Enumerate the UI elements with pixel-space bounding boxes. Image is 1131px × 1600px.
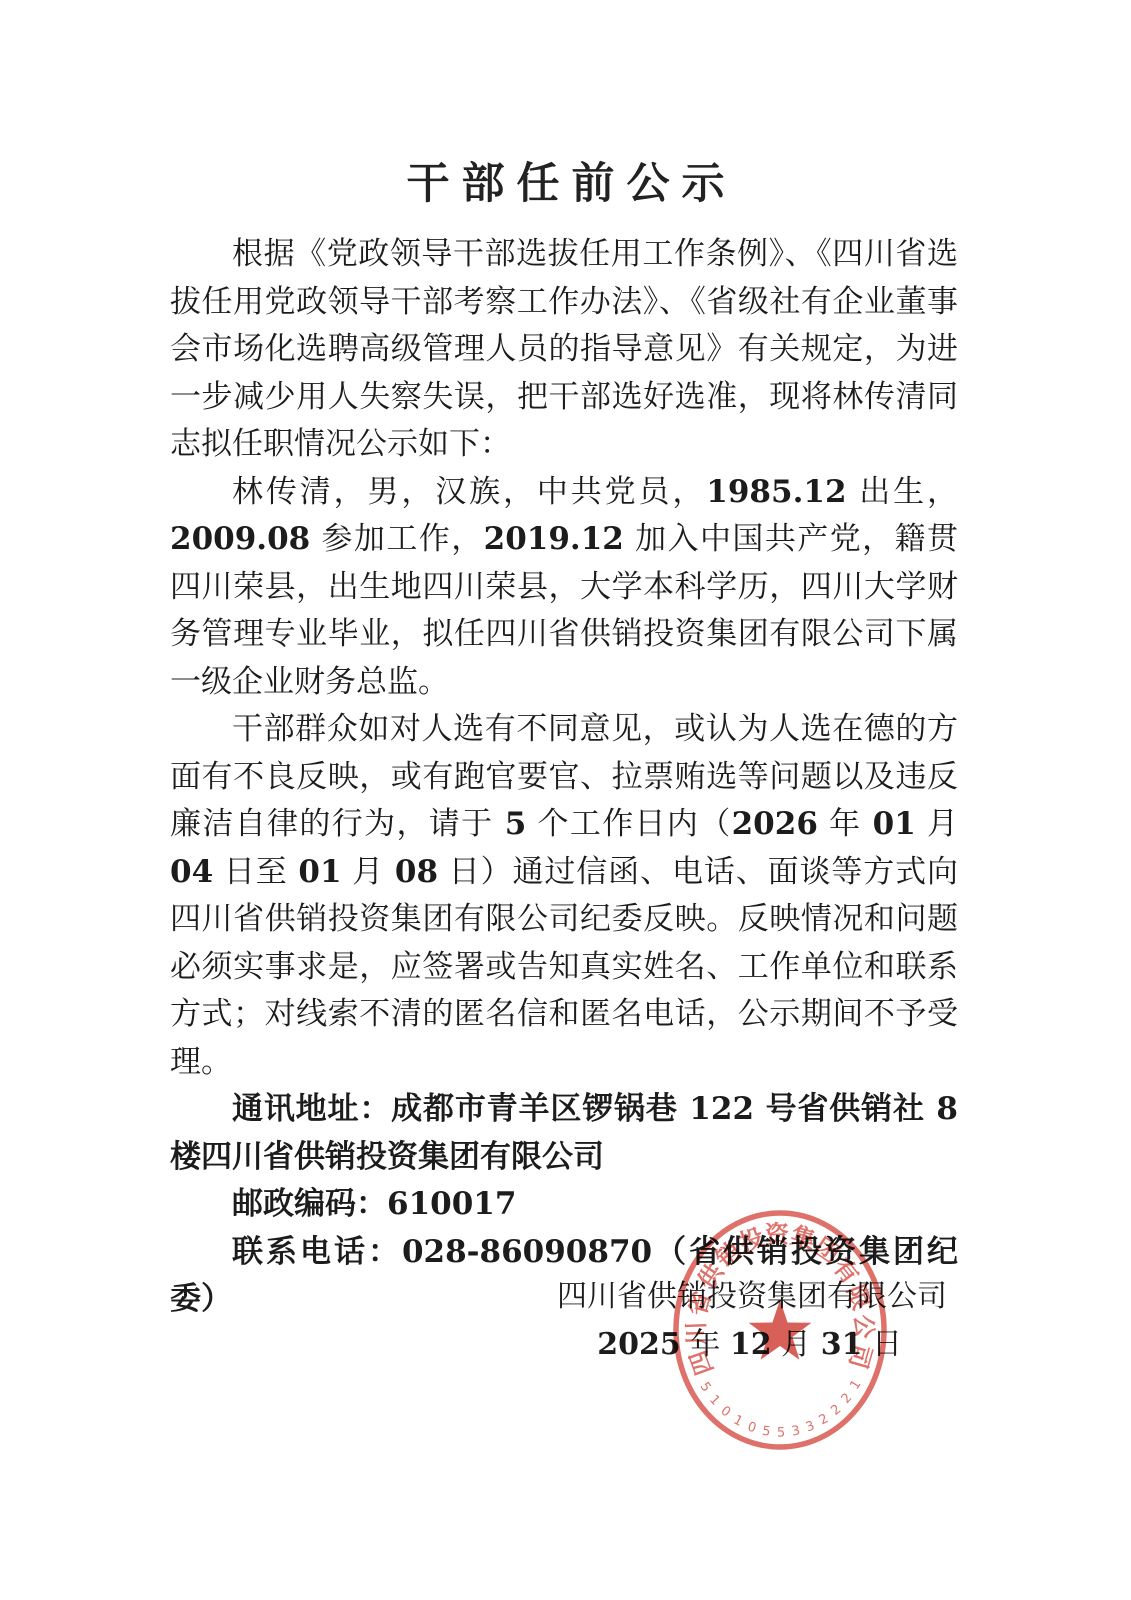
svg-text:0: 0 <box>745 1419 758 1436</box>
document-page: 干部任前公示 根据《党政领导干部选拔任用工作条例》、《四川省选拔任用党政领导干部… <box>0 0 1131 1600</box>
signature-block: 四川省供销投资集团有限公司 2025 年 12 月 31 日 <box>358 1273 958 1369</box>
svg-text:1: 1 <box>731 1413 746 1431</box>
paragraph-feedback: 干部群众如对人选有不同意见，或认为人选在德的方面有不良反映，或有跑官要官、拉票贿… <box>170 706 958 1086</box>
svg-text:0: 0 <box>718 1404 734 1422</box>
svg-text:3: 3 <box>804 1418 818 1435</box>
svg-text:5: 5 <box>761 1424 772 1440</box>
document-body: 根据《党政领导干部选拔任用工作条例》、《四川省选拔任用党政领导干部考察工作办法》… <box>170 231 958 1324</box>
svg-text:5: 5 <box>697 1380 715 1396</box>
contact-address: 通讯地址：成都市青羊区锣锅巷 122 号省供销社 8 楼四川省供销投资集团有限公… <box>170 1086 958 1181</box>
svg-text:1: 1 <box>706 1392 723 1409</box>
page-title: 干部任前公示 <box>0 150 1131 211</box>
seal-code-text: 5101055332221 <box>697 1377 866 1441</box>
svg-text:5: 5 <box>777 1425 787 1440</box>
svg-text:3: 3 <box>790 1423 802 1439</box>
paragraph-basis: 根据《党政领导干部选拔任用工作条例》、《四川省选拔任用党政领导干部考察工作办法》… <box>170 231 958 469</box>
svg-text:2: 2 <box>839 1390 856 1407</box>
svg-text:1: 1 <box>847 1377 865 1393</box>
svg-text:2: 2 <box>817 1411 832 1429</box>
signature-company: 四川省供销投资集团有限公司 <box>358 1273 958 1321</box>
paragraph-profile: 林传清，男，汉族，中共党员，1985.12 出生，2009.08 参加工作，20… <box>170 469 958 707</box>
svg-text:2: 2 <box>828 1401 845 1418</box>
signature-date: 2025 年 12 月 31 日 <box>358 1321 958 1369</box>
contact-postcode: 邮政编码：610017 <box>170 1181 958 1229</box>
